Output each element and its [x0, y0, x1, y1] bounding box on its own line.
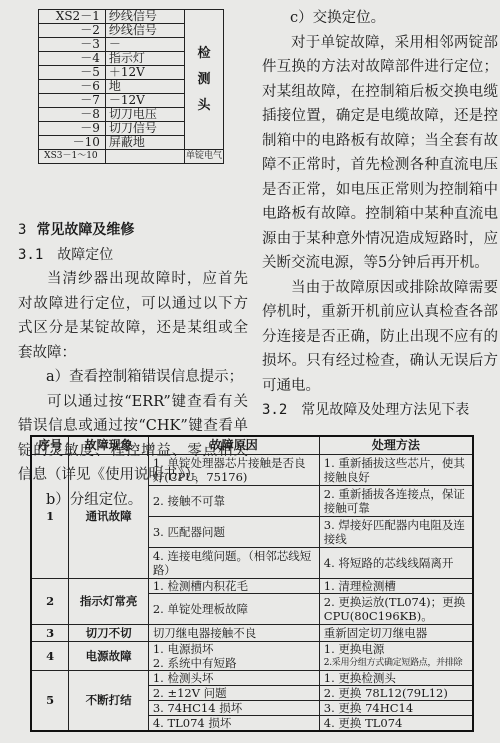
- pin-id: －5: [39, 66, 106, 80]
- section-title: 常见故障及处理方法见下表: [301, 402, 469, 418]
- table-row: 5 不断打结 1. 检测头坏 1. 更换检测头: [31, 670, 473, 685]
- pin-signal: 屏蔽地: [105, 136, 184, 150]
- pin-signal: 指示灯: [105, 52, 184, 66]
- section-3-heading: 3常见故障及维修: [18, 218, 248, 243]
- item-a: a）查看控制箱错误信息提示；: [18, 365, 248, 390]
- pin-id: －6: [39, 80, 106, 94]
- fault-cause: 1. 单锭处理器芯片接触是否良好(CPU，75176): [148, 454, 319, 485]
- pin-signal: 地: [105, 80, 184, 94]
- pin-group-label: 单锭电气: [185, 150, 224, 164]
- fault-no: 1: [31, 454, 69, 578]
- fault-no: 2: [31, 578, 69, 624]
- fault-fix: 3. 更换 74HC14: [319, 700, 473, 715]
- table-row: 3 切刀不切 切刀继电器接触不良 重新固定切刀继电器: [31, 624, 473, 641]
- fault-fix: 2. 更换 78L12(79L12): [319, 685, 473, 700]
- fault-cause: 4. 连接电缆问题。（相邻芯线短路）: [148, 547, 319, 578]
- pin-row: XS2－1 纱线信号 检 测 头: [39, 10, 224, 24]
- header-fix: 处理方法: [319, 436, 473, 454]
- fault-cause: 1. 检测槽内积花毛: [148, 578, 319, 593]
- paragraph-c: 对于单锭故障，采用相邻两锭部件互换的方法对故障部件进行定位；对某组故障，在控制箱…: [262, 31, 498, 276]
- fault-symptom: 通讯故障: [69, 454, 148, 578]
- table-row: 2 指示灯常亮 1. 检测槽内积花毛 1. 清理检测槽: [31, 578, 473, 593]
- fault-symptom: 电源故障: [69, 641, 148, 670]
- fault-symptom: 切刀不切: [69, 624, 148, 641]
- pin-id: －10: [39, 136, 106, 150]
- pin-signal: 切刀电压: [105, 108, 184, 122]
- table-row: 1 通讯故障 1. 单锭处理器芯片接触是否良好(CPU，75176) 1. 重新…: [31, 454, 473, 485]
- pin-signal: 纱线信号: [105, 10, 184, 24]
- fault-fix: 重新固定切刀继电器: [319, 624, 473, 641]
- pin-row: XS3－1～10 单锭电气: [39, 150, 224, 164]
- header-symptom: 故障现象: [69, 436, 148, 454]
- fault-no: 3: [31, 624, 69, 641]
- fault-fix: 2. 重新插拔各连接点，保证接触可靠: [319, 485, 473, 516]
- pin-group-label: 检 测 头: [185, 10, 224, 150]
- group-char: 头: [188, 93, 220, 119]
- fault-fix: 4. 更换 TL074: [319, 715, 473, 731]
- paragraph-intro: 当清纱器出现故障时，应首先对故障进行定位，可以通过以下方式区分是某锭故障，还是某…: [18, 267, 248, 365]
- fault-cause: 2. 单锭处理板故障: [148, 593, 319, 624]
- section-number: 3: [18, 222, 26, 238]
- right-column: c）交换定位。 对于单锭故障，采用相邻两锭部件互换的方法对故障部件进行定位；对某…: [262, 6, 498, 423]
- fault-cause: 4. TL074 损坏: [148, 715, 319, 731]
- group-char: 测: [188, 67, 220, 93]
- pin-id: XS3－1～10: [39, 150, 106, 164]
- pin-id: XS2－1: [39, 10, 106, 24]
- pin-signal: －12V: [105, 94, 184, 108]
- item-c: c）交换定位。: [262, 6, 498, 31]
- fault-fix: 1. 重新插拔这些芯片，使其接触良好: [319, 454, 473, 485]
- document-page: XS2－1 纱线信号 检 测 头 －2纱线信号 －3－ －4指示灯 －5＋12V…: [0, 0, 500, 743]
- fault-cause: 3. 74HC14 损坏: [148, 700, 319, 715]
- section-3-1-heading: 3.1故障定位: [18, 243, 248, 268]
- fault-cause: 3. 匹配器问题: [148, 516, 319, 547]
- fault-cause: 2. 系统中有短路: [148, 656, 319, 671]
- section-3-2-heading: 3.2常见故障及处理方法见下表: [262, 398, 498, 423]
- group-char: 检: [188, 41, 220, 67]
- pin-signal: ＋12V: [105, 66, 184, 80]
- pin-signal: 纱线信号: [105, 24, 184, 38]
- fault-no: 5: [31, 670, 69, 731]
- fault-cause: 2. 接触不可靠: [148, 485, 319, 516]
- section-number: 3.2: [262, 402, 287, 418]
- fault-fix: 1. 清理检测槽: [319, 578, 473, 593]
- fault-symptom: 不断打结: [69, 670, 148, 731]
- table-row: 4 电源故障 1. 电源损坏 1. 更换电源: [31, 641, 473, 656]
- header-cause: 故障原因: [148, 436, 319, 454]
- fault-fix: 1. 更换电源: [319, 641, 473, 656]
- fault-symptom: 指示灯常亮: [69, 578, 148, 624]
- pin-signal: 切刀信号: [105, 122, 184, 136]
- fault-fix: 4. 将短路的芯线线隔离开: [319, 547, 473, 578]
- pin-id: －8: [39, 108, 106, 122]
- fault-fix: 2. 更换运放(TL074)；更换 CPU(80C196KB)。: [319, 593, 473, 624]
- section-title: 常见故障及维修: [36, 222, 134, 238]
- fault-cause: 1. 检测头坏: [148, 670, 319, 685]
- paragraph-stop: 当由于故障原因或排除故障需要停机时，重新开机前应认真检查各部分连接是否正确，防止…: [262, 276, 498, 399]
- fault-fix: 2.采用分组方式确定短路点，并排除: [319, 656, 473, 671]
- pin-signal: －: [105, 38, 184, 52]
- pin-assignment-table: XS2－1 纱线信号 检 测 头 －2纱线信号 －3－ －4指示灯 －5＋12V…: [38, 9, 224, 164]
- table-header-row: 序号 故障现象 故障原因 处理方法: [31, 436, 473, 454]
- pin-signal: [105, 150, 184, 164]
- pin-id: －7: [39, 94, 106, 108]
- section-title: 故障定位: [57, 247, 113, 263]
- pin-id: －3: [39, 38, 106, 52]
- fault-fix: 3. 焊接好匹配器内电阻及连接线: [319, 516, 473, 547]
- fault-table: 序号 故障现象 故障原因 处理方法 1 通讯故障 1. 单锭处理器芯片接触是否良…: [30, 435, 474, 732]
- fault-cause: 2. ±12V 问题: [148, 685, 319, 700]
- fault-cause: 切刀继电器接触不良: [148, 624, 319, 641]
- pin-id: －4: [39, 52, 106, 66]
- section-number: 3.1: [18, 247, 43, 263]
- fault-fix: 1. 更换检测头: [319, 670, 473, 685]
- pin-id: －9: [39, 122, 106, 136]
- fault-cause: 1. 电源损坏: [148, 641, 319, 656]
- pin-id: －2: [39, 24, 106, 38]
- header-no: 序号: [31, 436, 69, 454]
- fault-no: 4: [31, 641, 69, 670]
